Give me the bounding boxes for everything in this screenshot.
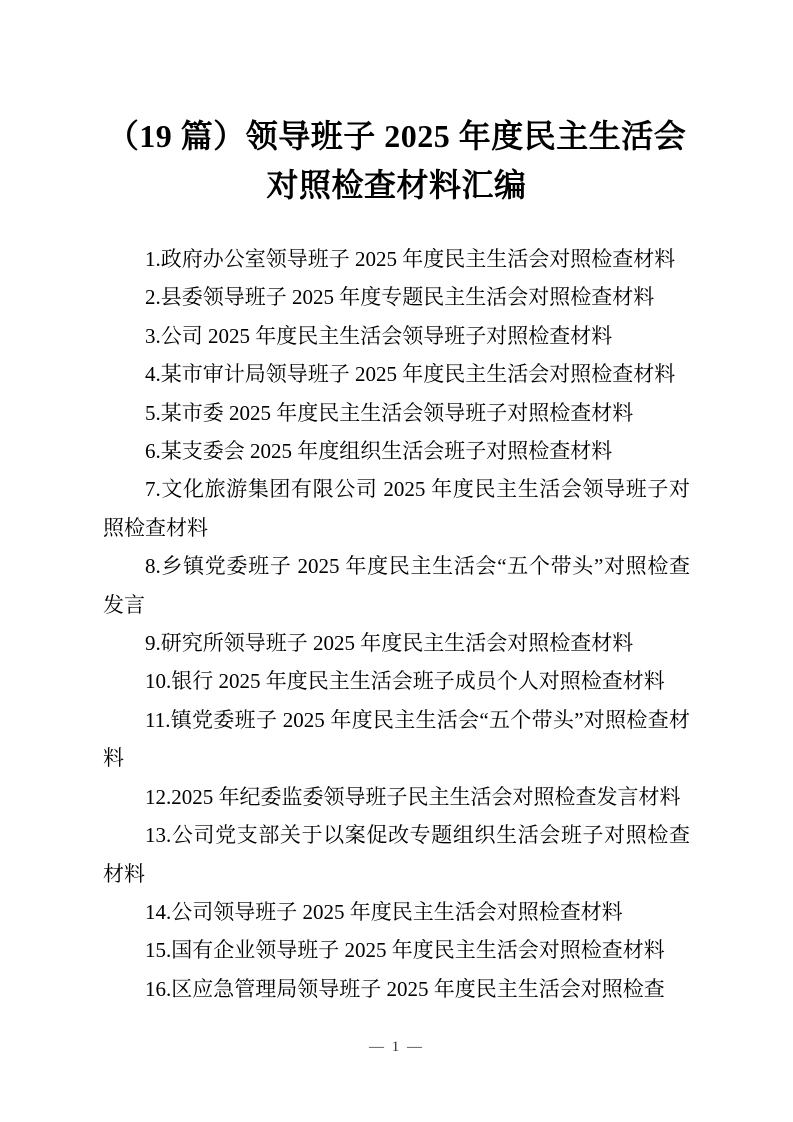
document-page: （19 篇）领导班子 2025 年度民主生活会 对照检查材料汇编 1.政府办公室… <box>0 0 793 1122</box>
toc-item-5: 5.某市委 2025 年度民主生活会领导班子对照检查材料 <box>103 394 690 432</box>
toc-item-10: 10.银行 2025 年度民主生活会班子成员个人对照检查材料 <box>103 662 690 700</box>
toc-item-14: 14.公司领导班子 2025 年度民主生活会对照检查材料 <box>103 893 690 931</box>
toc-item-4: 4.某市审计局领导班子 2025 年度民主生活会对照检查材料 <box>103 355 690 393</box>
toc-item-7: 7.文化旅游集团有限公司 2025 年度民主生活会领导班子对照检查材料 <box>103 470 690 547</box>
document-title-line-2: 对照检查材料汇编 <box>90 161 703 210</box>
toc-item-12: 12.2025 年纪委监委领导班子民主生活会对照检查发言材料 <box>103 778 690 816</box>
toc-item-11: 11.镇党委班子 2025 年度民主生活会“五个带头”对照检查材料 <box>103 701 690 778</box>
document-title-line-1: （19 篇）领导班子 2025 年度民主生活会 <box>90 112 703 161</box>
toc-item-16: 16.区应急管理局领导班子 2025 年度民主生活会对照检查 <box>103 970 690 1008</box>
table-of-contents: 1.政府办公室领导班子 2025 年度民主生活会对照检查材料 2.县委领导班子 … <box>103 240 690 1008</box>
document-title: （19 篇）领导班子 2025 年度民主生活会 对照检查材料汇编 <box>90 112 703 210</box>
toc-item-9: 9.研究所领导班子 2025 年度民主生活会对照检查材料 <box>103 624 690 662</box>
toc-item-6: 6.某支委会 2025 年度组织生活会班子对照检查材料 <box>103 432 690 470</box>
toc-item-1: 1.政府办公室领导班子 2025 年度民主生活会对照检查材料 <box>103 240 690 278</box>
toc-item-8: 8.乡镇党委班子 2025 年度民主生活会“五个带头”对照检查发言 <box>103 547 690 624</box>
toc-item-3: 3.公司 2025 年度民主生活会领导班子对照检查材料 <box>103 317 690 355</box>
toc-item-2: 2.县委领导班子 2025 年度专题民主生活会对照检查材料 <box>103 278 690 316</box>
toc-item-13: 13.公司党支部关于以案促改专题组织生活会班子对照检查材料 <box>103 816 690 893</box>
toc-item-15: 15.国有企业领导班子 2025 年度民主生活会对照检查材料 <box>103 931 690 969</box>
page-number: — 1 — <box>0 1036 793 1058</box>
